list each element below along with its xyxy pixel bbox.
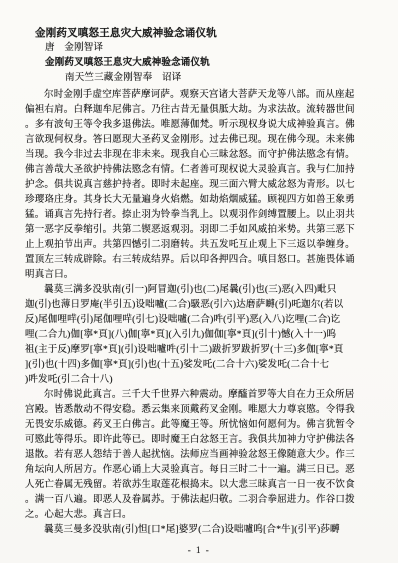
text-line: 角坛向人所居方。作恶心诵上大灵验真言。每日三时二十一遍。满三日已。恶 xyxy=(25,463,386,478)
scanned-sutra-page: 金刚药叉嗔怒王息灾大威神验念诵仪轨 唐 金刚智译 金刚药叉嗔怒王息灾大威神验念诵… xyxy=(0,0,398,563)
text-line: 曩莫三满多没驮南(引一)阿冒迦(引)也(二)尾曩(引)也(三)恶(入四)毗只 xyxy=(25,283,386,298)
translator-attribution: 南天竺三藏金刚智奉 诏译 xyxy=(65,71,386,86)
text-line: 护念。俱共说真言慈护持者。即时未起座。现三面六臂大威忿怒为青形。以七 xyxy=(25,178,386,193)
text-line: 退散。若有恶人怨结于善人起扰恼。法师应当画神验忿怒王像随意大少。作三 xyxy=(25,448,386,463)
text-line: 。满一百八遍。即恶人及眷属苏。于佛法起归敬。二羽合拳屈进力。作谷口拨 xyxy=(25,493,386,508)
text-line: 第一恶字反拳缩引。共第二锲恶返观羽。羽即二手如风威拍米势。共第三恶下 xyxy=(25,223,386,238)
text-line: 置顶左三转成辟除。右三转成结界。后以印各押四合。嗔目怒口。甚施畏体诵 xyxy=(25,253,386,268)
text-line: 迦(引)也薄日罗庵(半引五)设咄嚧(二合)馺恶(引六)达磨萨嚩(引)吒迦尔(若以 xyxy=(25,298,386,313)
sutra-inner-title: 金刚药叉嗔怒王息灾大威神验念诵仪轨 xyxy=(45,56,386,71)
text-line: 猛。诵真言先持行者。捺止羽为铃拳当乳上。以观羽作剑缚置腰上。以止羽共 xyxy=(25,208,386,223)
text-line: 。多有波旬王等令我多退佛法。唯愿薄伽梵。听示现权身说大成神验真言。佛 xyxy=(25,118,386,133)
text-line: 明真言曰。 xyxy=(25,268,386,283)
text-line: 曩莫三曼多没驮南(引)怛[口*尾]婆罗(二合)设咄嚧呜[合*牛](引平)莎嚩 xyxy=(25,523,386,538)
text-line: 无畏安乐威德。药叉王白佛言。此等魔王等。所忧恼如何愿何为。佛言犹暂令 xyxy=(25,418,386,433)
text-line: 反)尾伽哩哶(引)尾伽哩哶(引七)设咄嚧(二合)吽(引平)恶(入八)讫哩(二合)… xyxy=(25,313,386,328)
translator-byline: 唐 金刚智译 xyxy=(45,41,386,56)
page-number: - 1 - xyxy=(0,545,398,555)
sutra-body-text: 尔时金刚手虚空库菩萨摩诃萨。观察天宫诸大菩萨天龙等八部。而从座起 偏袒右肩。白释… xyxy=(25,88,386,538)
text-line: 哩(二合九)伽[寧*頁](八)伽[寧*頁](入引九)伽伽[寧*頁](引十)憾(入… xyxy=(25,328,386,343)
text-line: 可愍此等得乐。即许此等已。即时魔王白忿怒王言。我俱共加神力守护佛法各 xyxy=(25,433,386,448)
text-line: 尔时金刚手虚空库菩萨摩诃萨。观察天宫诸大菩萨天龙等八部。而从座起 xyxy=(25,88,386,103)
sutra-title: 金刚药叉嗔怒王息灾大威神验念诵仪轨 xyxy=(35,26,386,41)
text-line: 言欲现何权身。答曰愿现大圣药叉金刚形。过去佛已现。现在佛今现。未来佛 xyxy=(25,133,386,148)
text-line: 偏袒右肩。白释迦牟尼佛言。乃往古昔无量俱胝大劫。为求法故。流转器世间 xyxy=(25,103,386,118)
text-line: )吽发吒(引二合十八) xyxy=(25,373,386,388)
text-line: 珍璎珞庄身。其身长大无量遍身火焰燃。如劫焰烟威猛。顾视四方如兽王象勇 xyxy=(25,193,386,208)
text-line: ](引)也(十四)多伽[寧*頁](引)也(十五)娑发吒(二合十六)娑发吒(二合十… xyxy=(25,358,386,373)
text-line: 尔时佛说此真言。三千大千世界六种震动。摩醯首罗等大自在力王众所居 xyxy=(25,388,386,403)
text-line: 宫殿。皆悉散动不得安稳。悉云集来顶戴药叉金刚。唯愿大力尊哀愍。令得我 xyxy=(25,403,386,418)
text-line: 人死亡眷属无残留。若欲苏生取莲花根捣末。以大悲三昧真言一日一夜不饮食 xyxy=(25,478,386,493)
text-line: 佛言善哉大圣欲护持佛法愍念有情。仁者善可现权说大灵验真言。我与仁加持 xyxy=(25,163,386,178)
text-line: 之。心起大悲。真言曰。 xyxy=(25,508,386,523)
text-line: 止上观拍节出声。共第四憾引二羽磨转。共五发吒互止观上下三返以拳缠身。 xyxy=(25,238,386,253)
text-line: 当现。我今非过去非现在非未来。现我自心三昧忿怒。而守护佛法愍念有情。 xyxy=(25,148,386,163)
text-line: 祖(主于反)摩罗[寧*頁](引)设咄嚧吽(引十二)跋折罗跋折罗(十三)多伽[寧*… xyxy=(25,343,386,358)
